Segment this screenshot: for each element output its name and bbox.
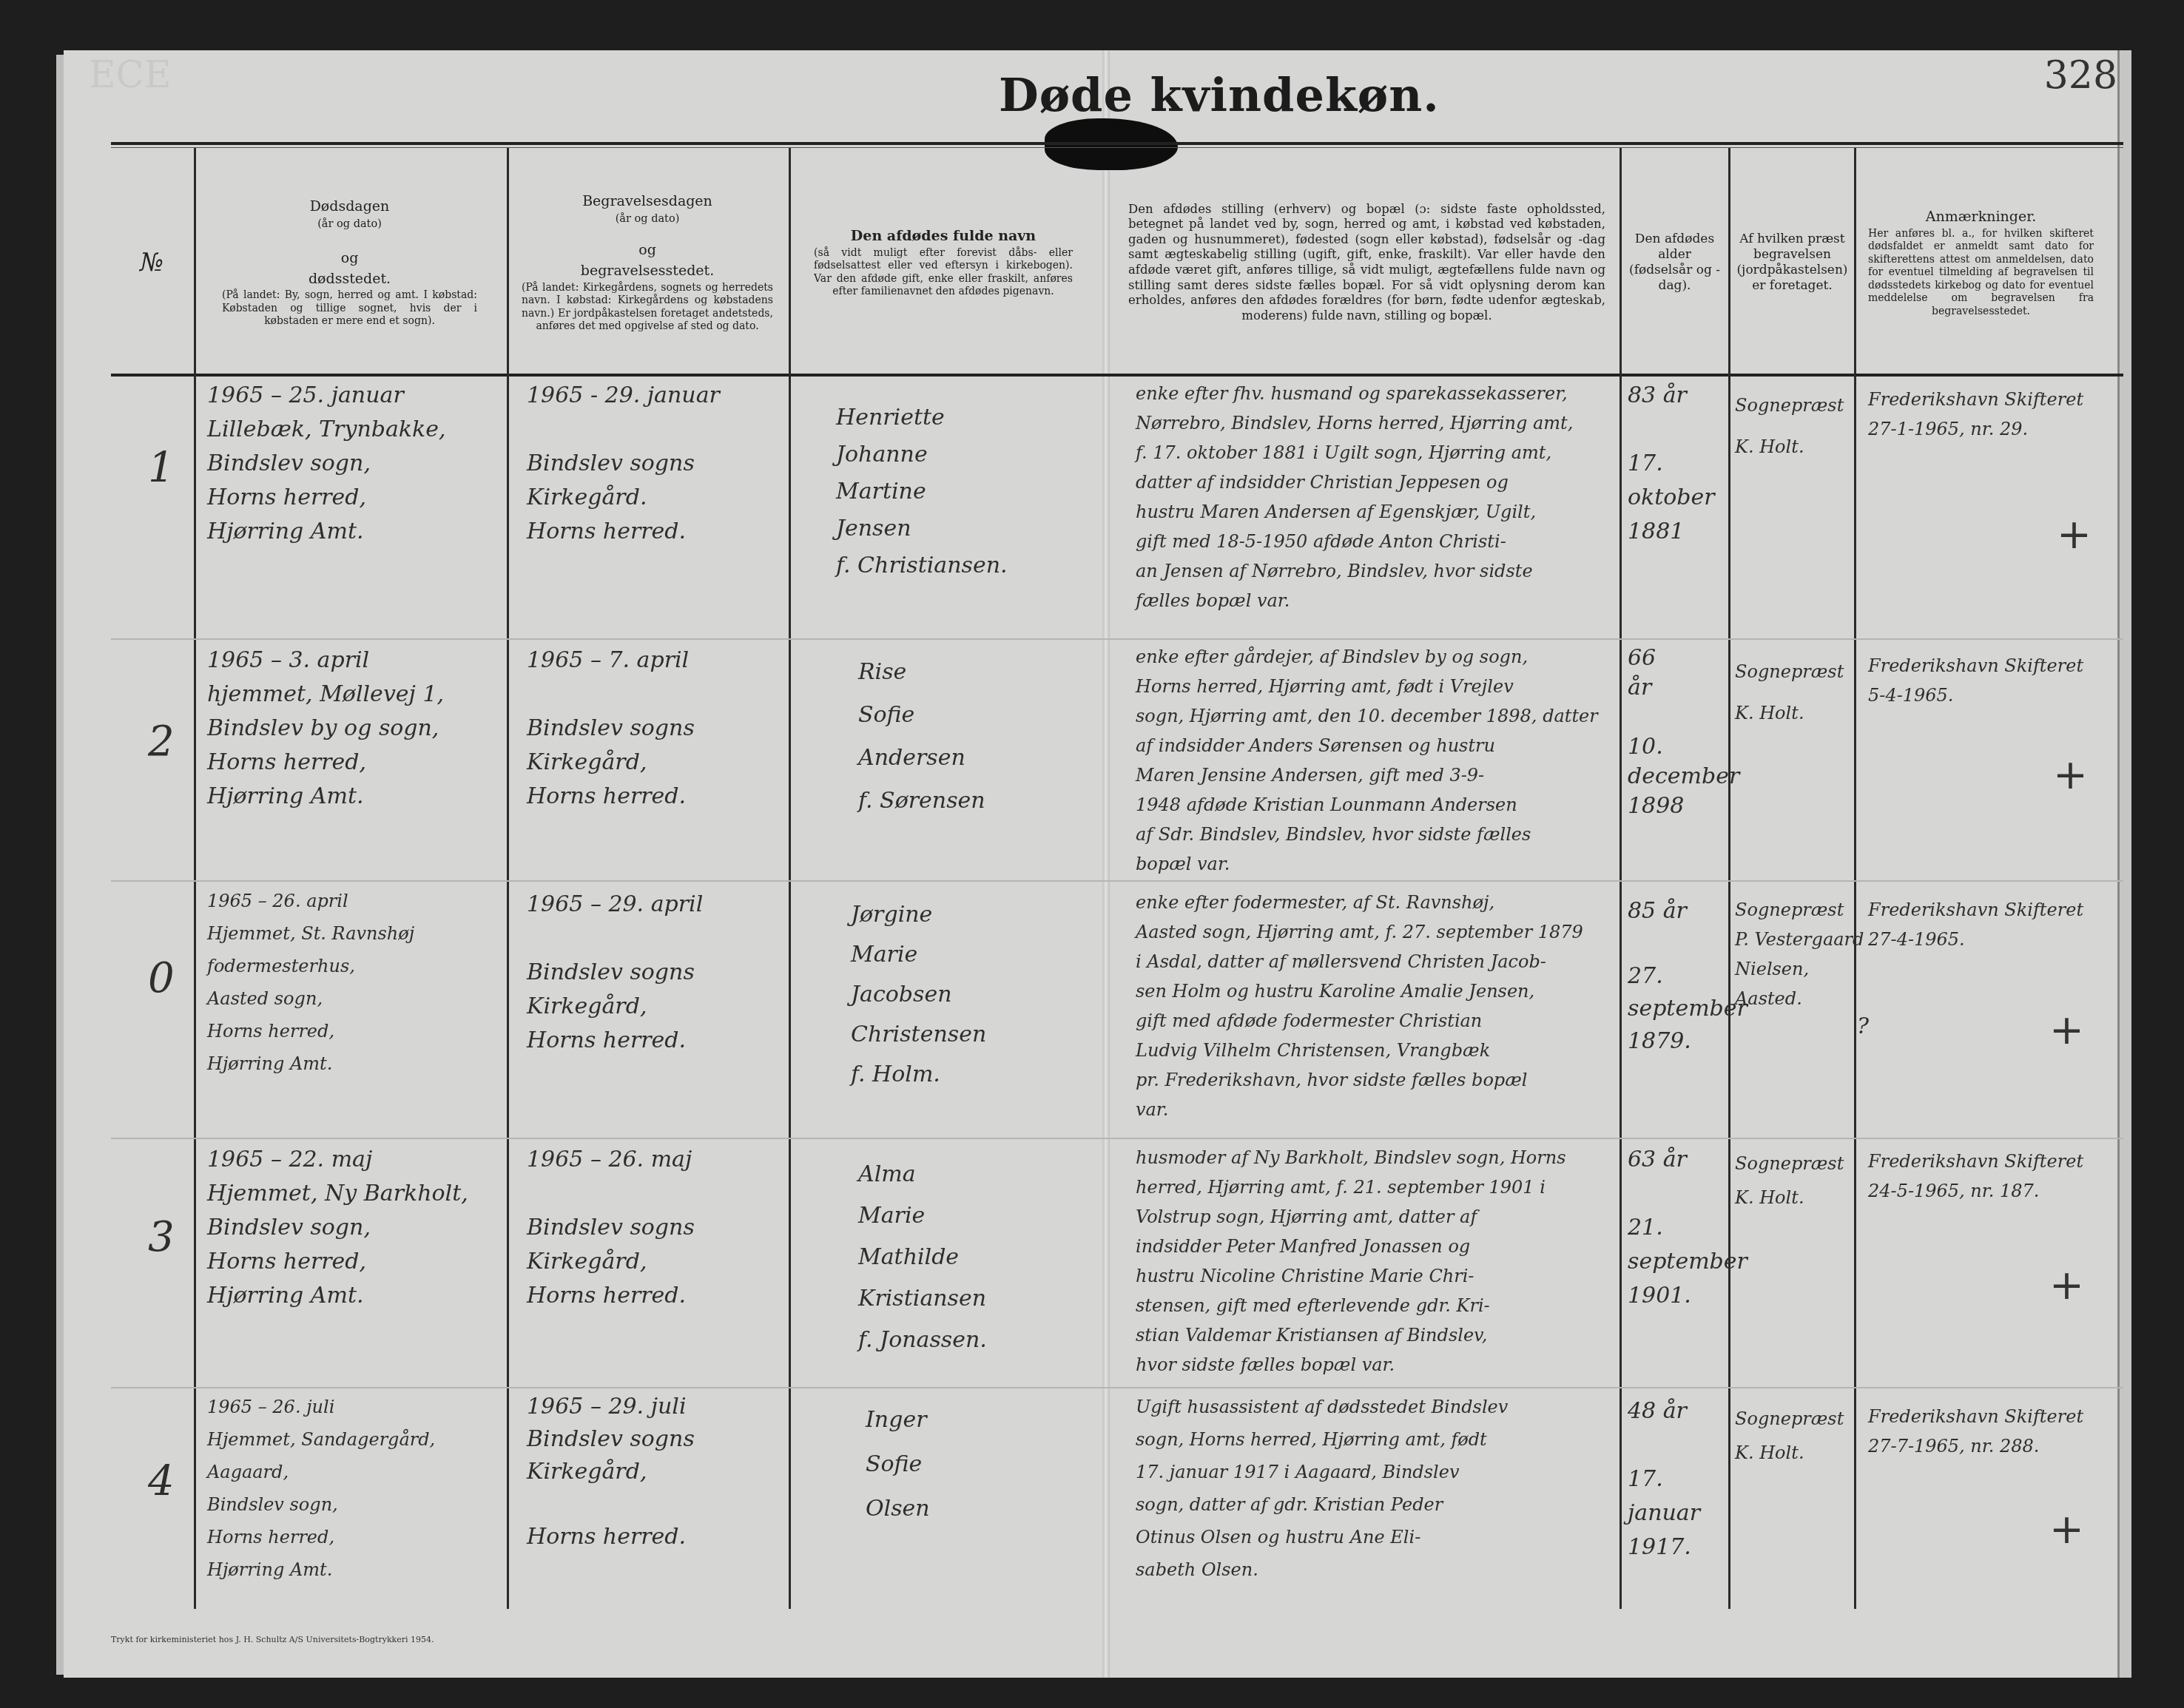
entry-priest: Sognepræst K. Holt.: [1735, 1402, 1844, 1470]
entry-age: 63 år 21. september 1901.: [1628, 1143, 1747, 1313]
header-priest: Af hvilken præst begravelsen (jordpåkast…: [1735, 155, 1850, 370]
entry-priest: Sognepræst K. Holt.: [1735, 651, 1844, 734]
row-divider: [111, 1138, 2123, 1139]
header-occupation: Den afdødes stilling (erhverv) og bopæl …: [1128, 155, 1605, 370]
entry-occupation: enke efter fhv. husmand og sparekassekas…: [1136, 379, 1573, 615]
entry-number: 3: [148, 1221, 175, 1255]
book-gutter: [1102, 50, 1110, 1678]
column-divider: [1728, 148, 1730, 1609]
column-divider: [194, 148, 196, 1609]
right-page-edge: [2117, 50, 2131, 1678]
printer-footer: Trykt for kirkeministeriet hos J. H. Sch…: [111, 1635, 434, 1644]
cross-mark-icon: +: [2049, 1261, 2084, 1309]
entry-remarks: Frederikshavn Skifteret 24-5-1965, nr. 1…: [1868, 1147, 2083, 1206]
entry-name: Jørgine Marie Jacobsen Christensen f. Ho…: [851, 895, 986, 1095]
header-death-sub: (år og dato): [317, 217, 382, 231]
cross-mark-icon: +: [2049, 1505, 2084, 1553]
header-burial-note: (På landet: Kirkegårdens, sognets og her…: [522, 282, 773, 334]
top-rule: [111, 142, 2123, 145]
entry-burial: 1965 - 29. januar Bindslev sogns Kirkegå…: [527, 379, 720, 549]
header-occupation-note: Den afdødes stilling (erhverv) og bopæl …: [1128, 202, 1605, 324]
header-burial-og: og: [638, 242, 656, 260]
cross-mark-icon: +: [2057, 510, 2092, 558]
cross-mark-icon: +: [2049, 1006, 2084, 1054]
header-burial-sub: (år og dato): [616, 212, 680, 226]
entry-death: 1965 – 25. januar Lillebæk, Trynbakke, B…: [207, 379, 445, 549]
entry-age: 85 år 27. september 1879.: [1628, 895, 1747, 1058]
entry-priest: Sognepræst K. Holt.: [1735, 385, 1844, 467]
entry-age: 48 år 17. januar 1917.: [1628, 1394, 1700, 1564]
header-burial: Begravelsesdagen (år og dato) og begrave…: [522, 155, 773, 370]
header-death-note: (På landet: By, sogn, herred og amt. I k…: [222, 289, 477, 328]
entry-death: 1965 – 22. maj Hjemmet, Ny Barkholt, Bin…: [207, 1143, 468, 1313]
entry-number: 4: [148, 1465, 175, 1499]
entry-occupation: enke efter fodermester, af St. Ravnshøj,…: [1136, 888, 1583, 1124]
header-burial-title2: begravelsesstedet.: [581, 263, 715, 280]
entry-occupation: husmoder af Ny Barkholt, Bindslev sogn, …: [1136, 1143, 1566, 1380]
page-title: Døde kvindekøn.: [999, 68, 1440, 122]
header-remarks: Anmærkninger. Her anføres bl. a., for hv…: [1868, 155, 2094, 370]
header-remarks-note: Her anføres bl. a., for hvilken skiftere…: [1868, 228, 2094, 319]
entry-burial: 1965 – 7. april Bindslev sogns Kirkegård…: [527, 644, 695, 814]
row-divider: [111, 638, 2123, 640]
header-remarks-title: Anmærkninger.: [1926, 209, 2036, 226]
header-death-og: og: [341, 250, 359, 268]
entry-burial: 1965 – 26. maj Bindslev sogns Kirkegård,…: [527, 1143, 695, 1313]
header-name-title: Den afdødes fulde navn: [851, 228, 1036, 246]
column-divider: [1620, 148, 1622, 1609]
column-divider: [789, 148, 791, 1609]
column-divider: [1854, 148, 1856, 1609]
entry-occupation: enke efter gårdejer, af Bindslev by og s…: [1136, 642, 1598, 879]
entry-number: 1: [148, 451, 175, 485]
header-bottom-rule: [111, 374, 2123, 377]
header-name: Den afdødes fulde navn (så vidt muligt e…: [814, 155, 1073, 370]
header-death: Dødsdagen (år og dato) og dødsstedet. (P…: [222, 155, 477, 370]
entry-remarks: Frederikshavn Skifteret 5-4-1965.: [1868, 651, 2083, 710]
entry-burial: 1965 – 29. april Bindslev sogns Kirkegår…: [527, 888, 703, 1058]
entry-number: 2: [148, 725, 175, 759]
page-number: 328: [2044, 53, 2117, 98]
ghost-page-number: ЕСЕ: [89, 53, 171, 96]
entry-burial: 1965 – 29. juli Bindslev sogns Kirkegård…: [527, 1391, 695, 1553]
entry-death: 1965 – 26. juli Hjemmet, Sandagergård, A…: [207, 1391, 435, 1586]
header-death-title2: dødsstedet.: [309, 271, 391, 288]
header-number: №: [111, 155, 192, 370]
entry-name: Alma Marie Mathilde Kristiansen f. Jonas…: [858, 1154, 987, 1361]
question-mark-icon: ?: [1857, 1010, 1869, 1044]
entry-remarks: Frederikshavn Skifteret 27-1-1965, nr. 2…: [1868, 385, 2083, 444]
entry-remarks: Frederikshavn Skifteret 27-4-1965.: [1868, 895, 2083, 954]
entry-death: 1965 – 26. april Hjemmet, St. Ravnshøj f…: [207, 885, 414, 1080]
entry-death: 1965 – 3. april hjemmet, Møllevej 1, Bin…: [207, 644, 444, 814]
header-age: Den afdødes alder (fødselsår og -dag).: [1625, 155, 1725, 370]
top-rule-thin: [111, 147, 2123, 148]
entry-name: Inger Sofie Olsen: [866, 1398, 930, 1531]
column-divider: [507, 148, 509, 1609]
entry-occupation: Ugift husassistent af dødsstedet Bindsle…: [1136, 1391, 1508, 1586]
entry-age: 66 år 10. december 1898: [1628, 644, 1739, 821]
entry-number: 0: [148, 962, 175, 996]
header-name-note: (så vidt muligt efter forevist dåbs- ell…: [814, 247, 1073, 299]
entry-priest: Sognepræst K. Holt.: [1735, 1147, 1844, 1215]
row-divider: [111, 1387, 2123, 1388]
entry-name: Henriette Johanne Martine Jensen f. Chri…: [836, 399, 1008, 584]
header-death-title: Dødsdagen: [310, 198, 390, 216]
row-divider: [111, 880, 2123, 882]
entry-name: Rise Sofie Andersen f. Sørensen: [858, 651, 985, 823]
entry-priest: Sognepræst P. Vestergaard Nielsen, Aaste…: [1735, 895, 1864, 1013]
entry-age: 83 år 17. oktober 1881: [1628, 379, 1715, 549]
cross-mark-icon: +: [2053, 751, 2088, 799]
entry-remarks: Frederikshavn Skifteret 27-7-1965, nr. 2…: [1868, 1402, 2083, 1461]
header-burial-title: Begravelsesdagen: [582, 193, 712, 211]
